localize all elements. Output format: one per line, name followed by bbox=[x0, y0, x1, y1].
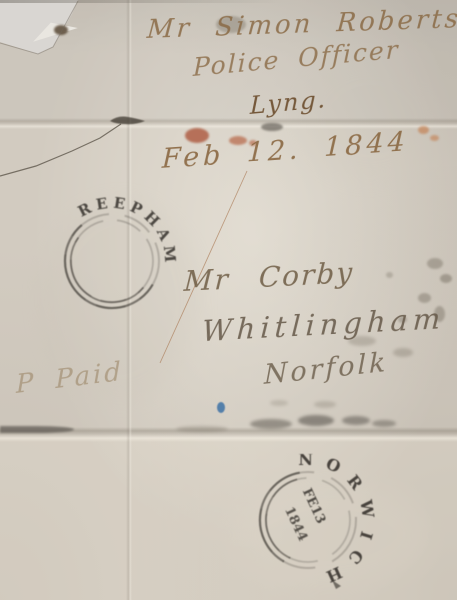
rust-speck bbox=[430, 135, 439, 141]
handwriting-paid-note: P Paid bbox=[16, 357, 124, 400]
offset-ink-smudge bbox=[393, 348, 413, 357]
fold-line-smudge bbox=[298, 415, 334, 426]
tear-line bbox=[0, 124, 121, 176]
fold-line-smudge bbox=[342, 416, 370, 425]
offset-ink-smudge bbox=[434, 306, 445, 322]
paper-tone-patch bbox=[40, 200, 200, 400]
vertical-fold-crease bbox=[126, 0, 132, 600]
horizontal-fold-crease-top bbox=[0, 118, 457, 129]
offset-ink-smudge bbox=[427, 258, 443, 269]
postmark-outer-arc bbox=[65, 225, 153, 308]
paper-top-edge-shadow bbox=[0, 0, 457, 3]
diagonal-hairline-crease bbox=[160, 171, 247, 363]
offset-ink-smudge bbox=[440, 274, 452, 283]
fold-line-smudge bbox=[372, 420, 396, 427]
handwriting-date: Feb 12. 1844 bbox=[161, 127, 409, 175]
lower-panel-shading bbox=[0, 438, 457, 600]
offset-ink-smudge bbox=[398, 316, 407, 323]
faint-smudge bbox=[314, 401, 336, 408]
handwriting-recipient-place: Whitlingham bbox=[201, 301, 446, 348]
postmark-inner-arc bbox=[71, 238, 144, 303]
faint-smudge bbox=[270, 400, 288, 406]
postmark-reepham: REEPHAM bbox=[52, 197, 176, 327]
postmark-inner-circle bbox=[71, 220, 153, 302]
offset-ink-smudge bbox=[386, 272, 393, 278]
offset-ink-smudge bbox=[348, 336, 376, 346]
horizontal-fold-crease-bottom bbox=[0, 427, 457, 442]
offset-ink-smudge bbox=[418, 293, 431, 303]
blue-ink-dot bbox=[217, 402, 225, 413]
wax-seal-remnant bbox=[185, 128, 209, 143]
handwriting-recipient-county: Norfolk bbox=[264, 347, 388, 391]
handwriting-recipient-name: Mr Corby bbox=[183, 256, 355, 298]
wax-seal-remnant bbox=[229, 136, 247, 145]
wax-speck bbox=[249, 140, 257, 146]
postmark-outer-circle bbox=[65, 214, 159, 308]
letter-photo: Mr Simon Robertson Police Officer Lyng. … bbox=[0, 0, 457, 600]
